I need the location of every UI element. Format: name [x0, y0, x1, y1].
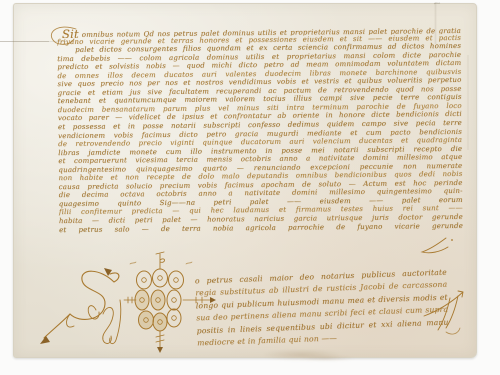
- main-text-block: Sitomnibus notum Qd nos petrus palet dom…: [57, 25, 463, 234]
- opening-word: Sit: [62, 30, 79, 38]
- crease-line: [0, 41, 49, 42]
- crease-line: [467, 55, 469, 150]
- subscription-block: o petrus casali maior deo notarius publi…: [195, 267, 449, 350]
- manuscript-photo: Sitomnibus notum Qd nos petrus palet dom…: [0, 0, 500, 375]
- bottom-smudge: [300, 356, 355, 361]
